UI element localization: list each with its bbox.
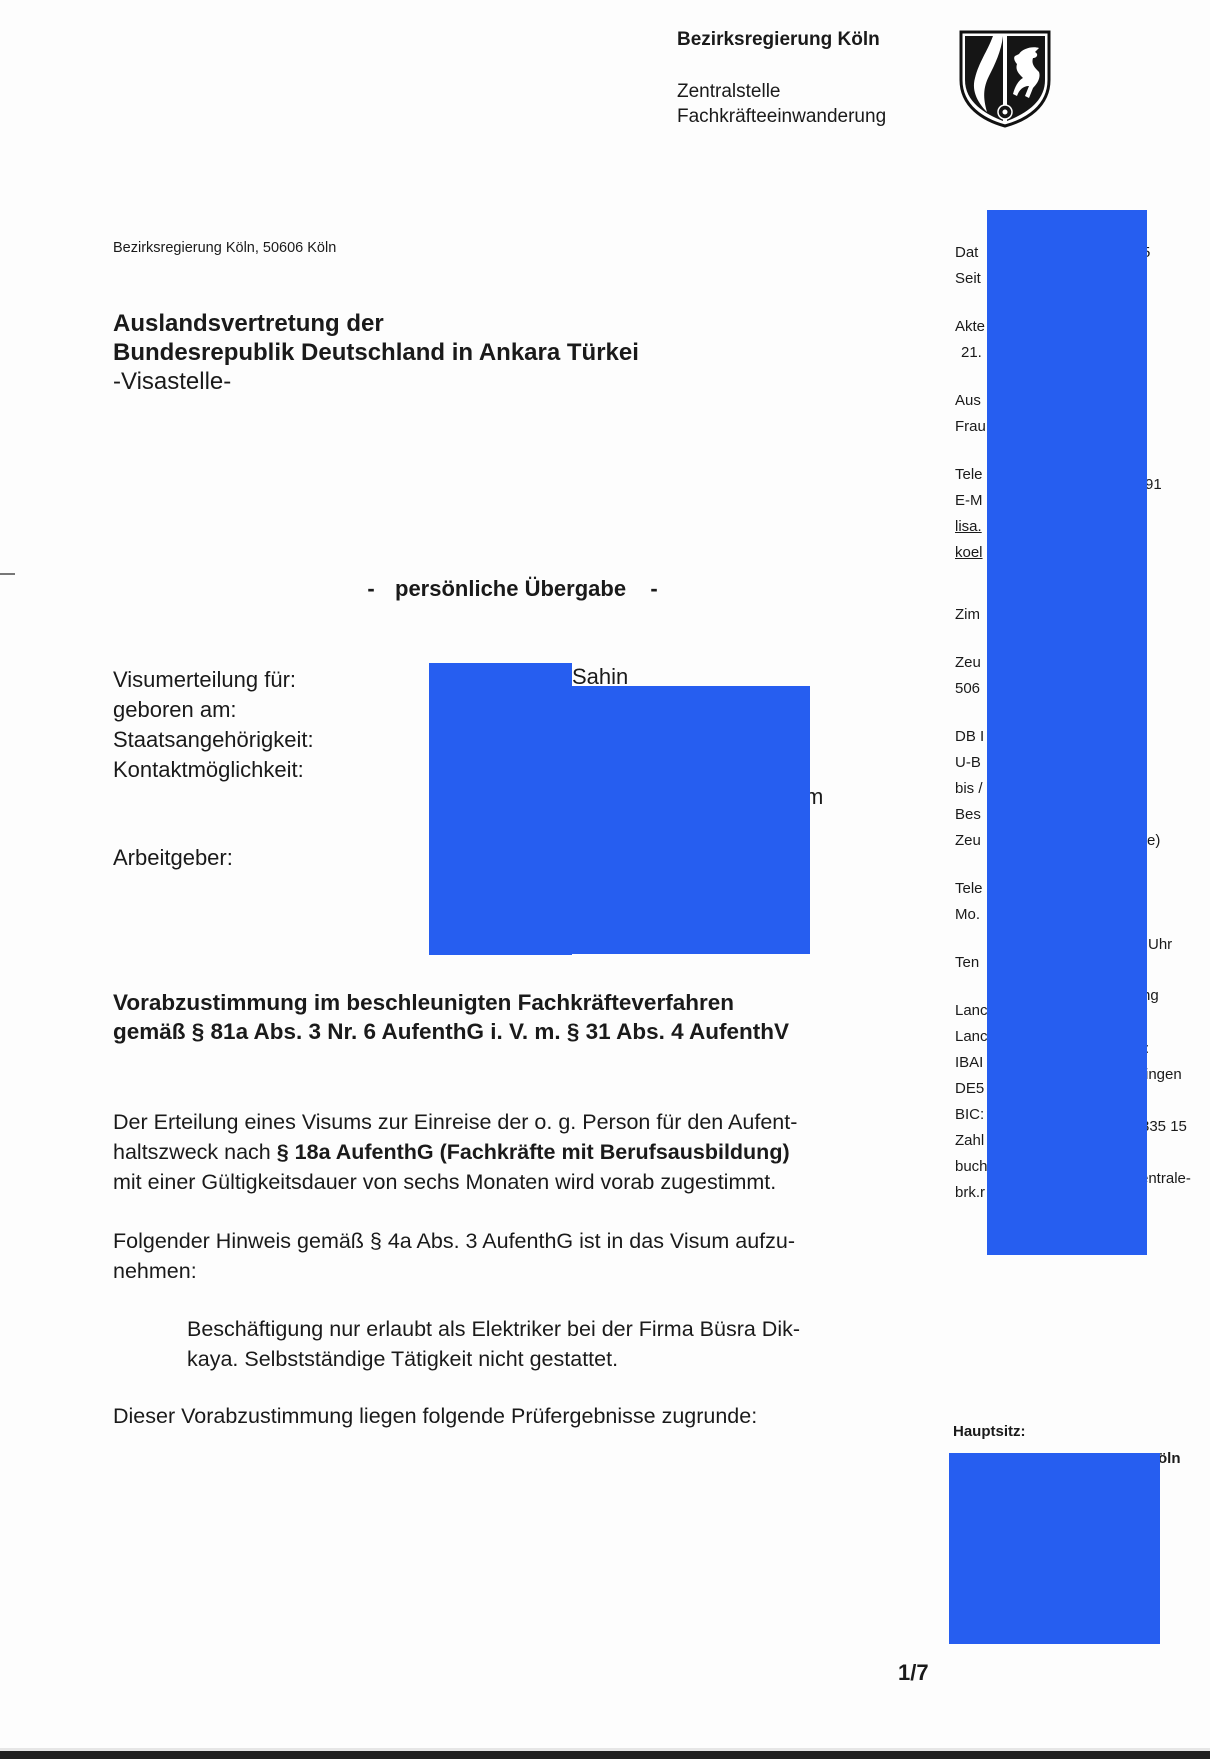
sidebar-fragment: Zim [955,602,988,628]
redaction-block [429,663,572,955]
label-employer: Arbeitgeber: [113,843,314,873]
sidebar-fragment: 91 [1145,472,1162,498]
email-link-fragment[interactable]: lisa. [955,518,982,535]
paragraph-line: haltszweck nach § 18a AufenthG (Fachkräf… [113,1137,797,1167]
sidebar-fragment: E-M [955,488,988,514]
sidebar-fragment: Zeu [955,828,988,854]
sidebar-fragment: U-B [955,750,988,776]
sidebar-fragment: Lanc [955,1024,988,1050]
sender-address-line: Bezirksregierung Köln, 50606 Köln [113,240,336,256]
sidebar-fragment: BIC: [955,1102,988,1128]
sidebar-fragment: buch [955,1154,988,1180]
document-page: Bezirksregierung Köln Zentralstelle Fach… [0,0,1210,1748]
recipient-line-3: -Visastelle- [113,367,639,396]
label-contact: Kontaktmöglichkeit: [113,755,314,785]
sidebar-fragment: Uhr [1148,932,1172,958]
sidebar-fragment: Bes [955,802,988,828]
sidebar-fragment: IBAI [955,1050,988,1076]
sidebar-fragment: brk.r [955,1180,988,1206]
sidebar-fragment: 21. [955,340,988,366]
sidebar-left-fragments: Dat Seit Akte 21. Aus Frau Tele E-M lisa… [955,240,988,1206]
recipient-line-2: Bundesrepublik Deutschland in Ankara Tür… [113,338,639,367]
handover-notice: -persönliche Übergabe- [357,576,668,602]
subject-line-1: Vorabzustimmung im beschleunigten Fachkr… [113,988,789,1017]
department-line-1: Zentralstelle [677,79,886,104]
sidebar-fragment: Seit [955,266,988,292]
paragraph-results-intro: Dieser Vorabzustimmung liegen folgende P… [113,1401,757,1431]
sidebar-fragment: DE5 [955,1076,988,1102]
headquarters-label: Hauptsitz: [953,1423,1026,1440]
letterhead-organization: Bezirksregierung Köln [677,29,880,51]
redaction-block [949,1453,1160,1644]
legal-basis-bold: § 18a AufenthG (Fachkräfte mit Berufsaus… [277,1140,790,1164]
page-number: 1/7 [898,1660,929,1686]
sidebar-fragment: Ten [955,950,988,976]
applicant-labels: Visumerteilung für: geboren am: Staatsan… [113,665,314,873]
paragraph-line: Folgender Hinweis gemäß § 4a Abs. 3 Aufe… [113,1226,795,1256]
fold-mark [0,573,15,575]
paragraph-notice: Folgender Hinweis gemäß § 4a Abs. 3 Aufe… [113,1226,795,1286]
letter-subject: Vorabzustimmung im beschleunigten Fachkr… [113,988,789,1046]
headquarters-fragment: öln [1158,1450,1181,1467]
paragraph-employment-restriction: Beschäftigung nur erlaubt als Elektriker… [187,1314,800,1374]
handover-text: persönliche Übergabe [395,576,626,601]
sidebar-fragment: 506 [955,676,988,702]
sidebar-fragment: Dat [955,240,988,266]
sidebar-fragment: Zeu [955,650,988,676]
paragraph-line: Der Erteilung eines Visums zur Einreise … [113,1107,797,1137]
viewer-bottom-edge [0,1748,1210,1759]
sidebar-fragment: bis / [955,776,988,802]
sidebar-fragment: Zahl [955,1128,988,1154]
sidebar-fragment: 335 15 [1141,1114,1187,1140]
sidebar-fragment: DB I [955,724,988,750]
sidebar-fragment: entrale- [1140,1166,1191,1192]
paragraph-line: nehmen: [113,1256,795,1286]
sidebar-fragment: Aus [955,388,988,414]
redaction-block [987,210,1147,1255]
department-line-2: Fachkräfteeinwanderung [677,104,886,129]
sidebar-fragment: Frau [955,414,988,440]
email-link-fragment[interactable]: koel [955,544,983,561]
dash-left: - [357,576,385,602]
nrw-coat-of-arms-icon [957,28,1053,128]
sidebar-fragment: Akte [955,314,988,340]
paragraph-line: Beschäftigung nur erlaubt als Elektriker… [187,1314,800,1344]
paragraph-line: kaya. Selbstständige Tätigkeit nicht ges… [187,1344,800,1374]
redaction-block [572,686,810,954]
dash-right: - [640,576,668,602]
letterhead-department: Zentralstelle Fachkräfteeinwanderung [677,79,886,129]
label-born-on: geboren am: [113,695,314,725]
sidebar-fragment: Lanc [955,998,988,1024]
sidebar-fragment: Mo. [955,902,988,928]
text-span: haltszweck nach [113,1140,277,1164]
paragraph-line: mit einer Gültigkeitsdauer von sechs Mon… [113,1167,797,1197]
recipient-address: Auslandsvertretung der Bundesrepublik De… [113,309,639,396]
subject-line-2: gemäß § 81a Abs. 3 Nr. 6 AufenthG i. V. … [113,1017,789,1046]
sidebar-fragment: Tele [955,462,988,488]
recipient-line-1: Auslandsvertretung der [113,309,639,338]
sidebar-fragment: Tele [955,876,988,902]
paragraph-approval: Der Erteilung eines Visums zur Einreise … [113,1107,797,1197]
label-nationality: Staatsangehörigkeit: [113,725,314,755]
label-visa-for: Visumerteilung für: [113,665,314,695]
